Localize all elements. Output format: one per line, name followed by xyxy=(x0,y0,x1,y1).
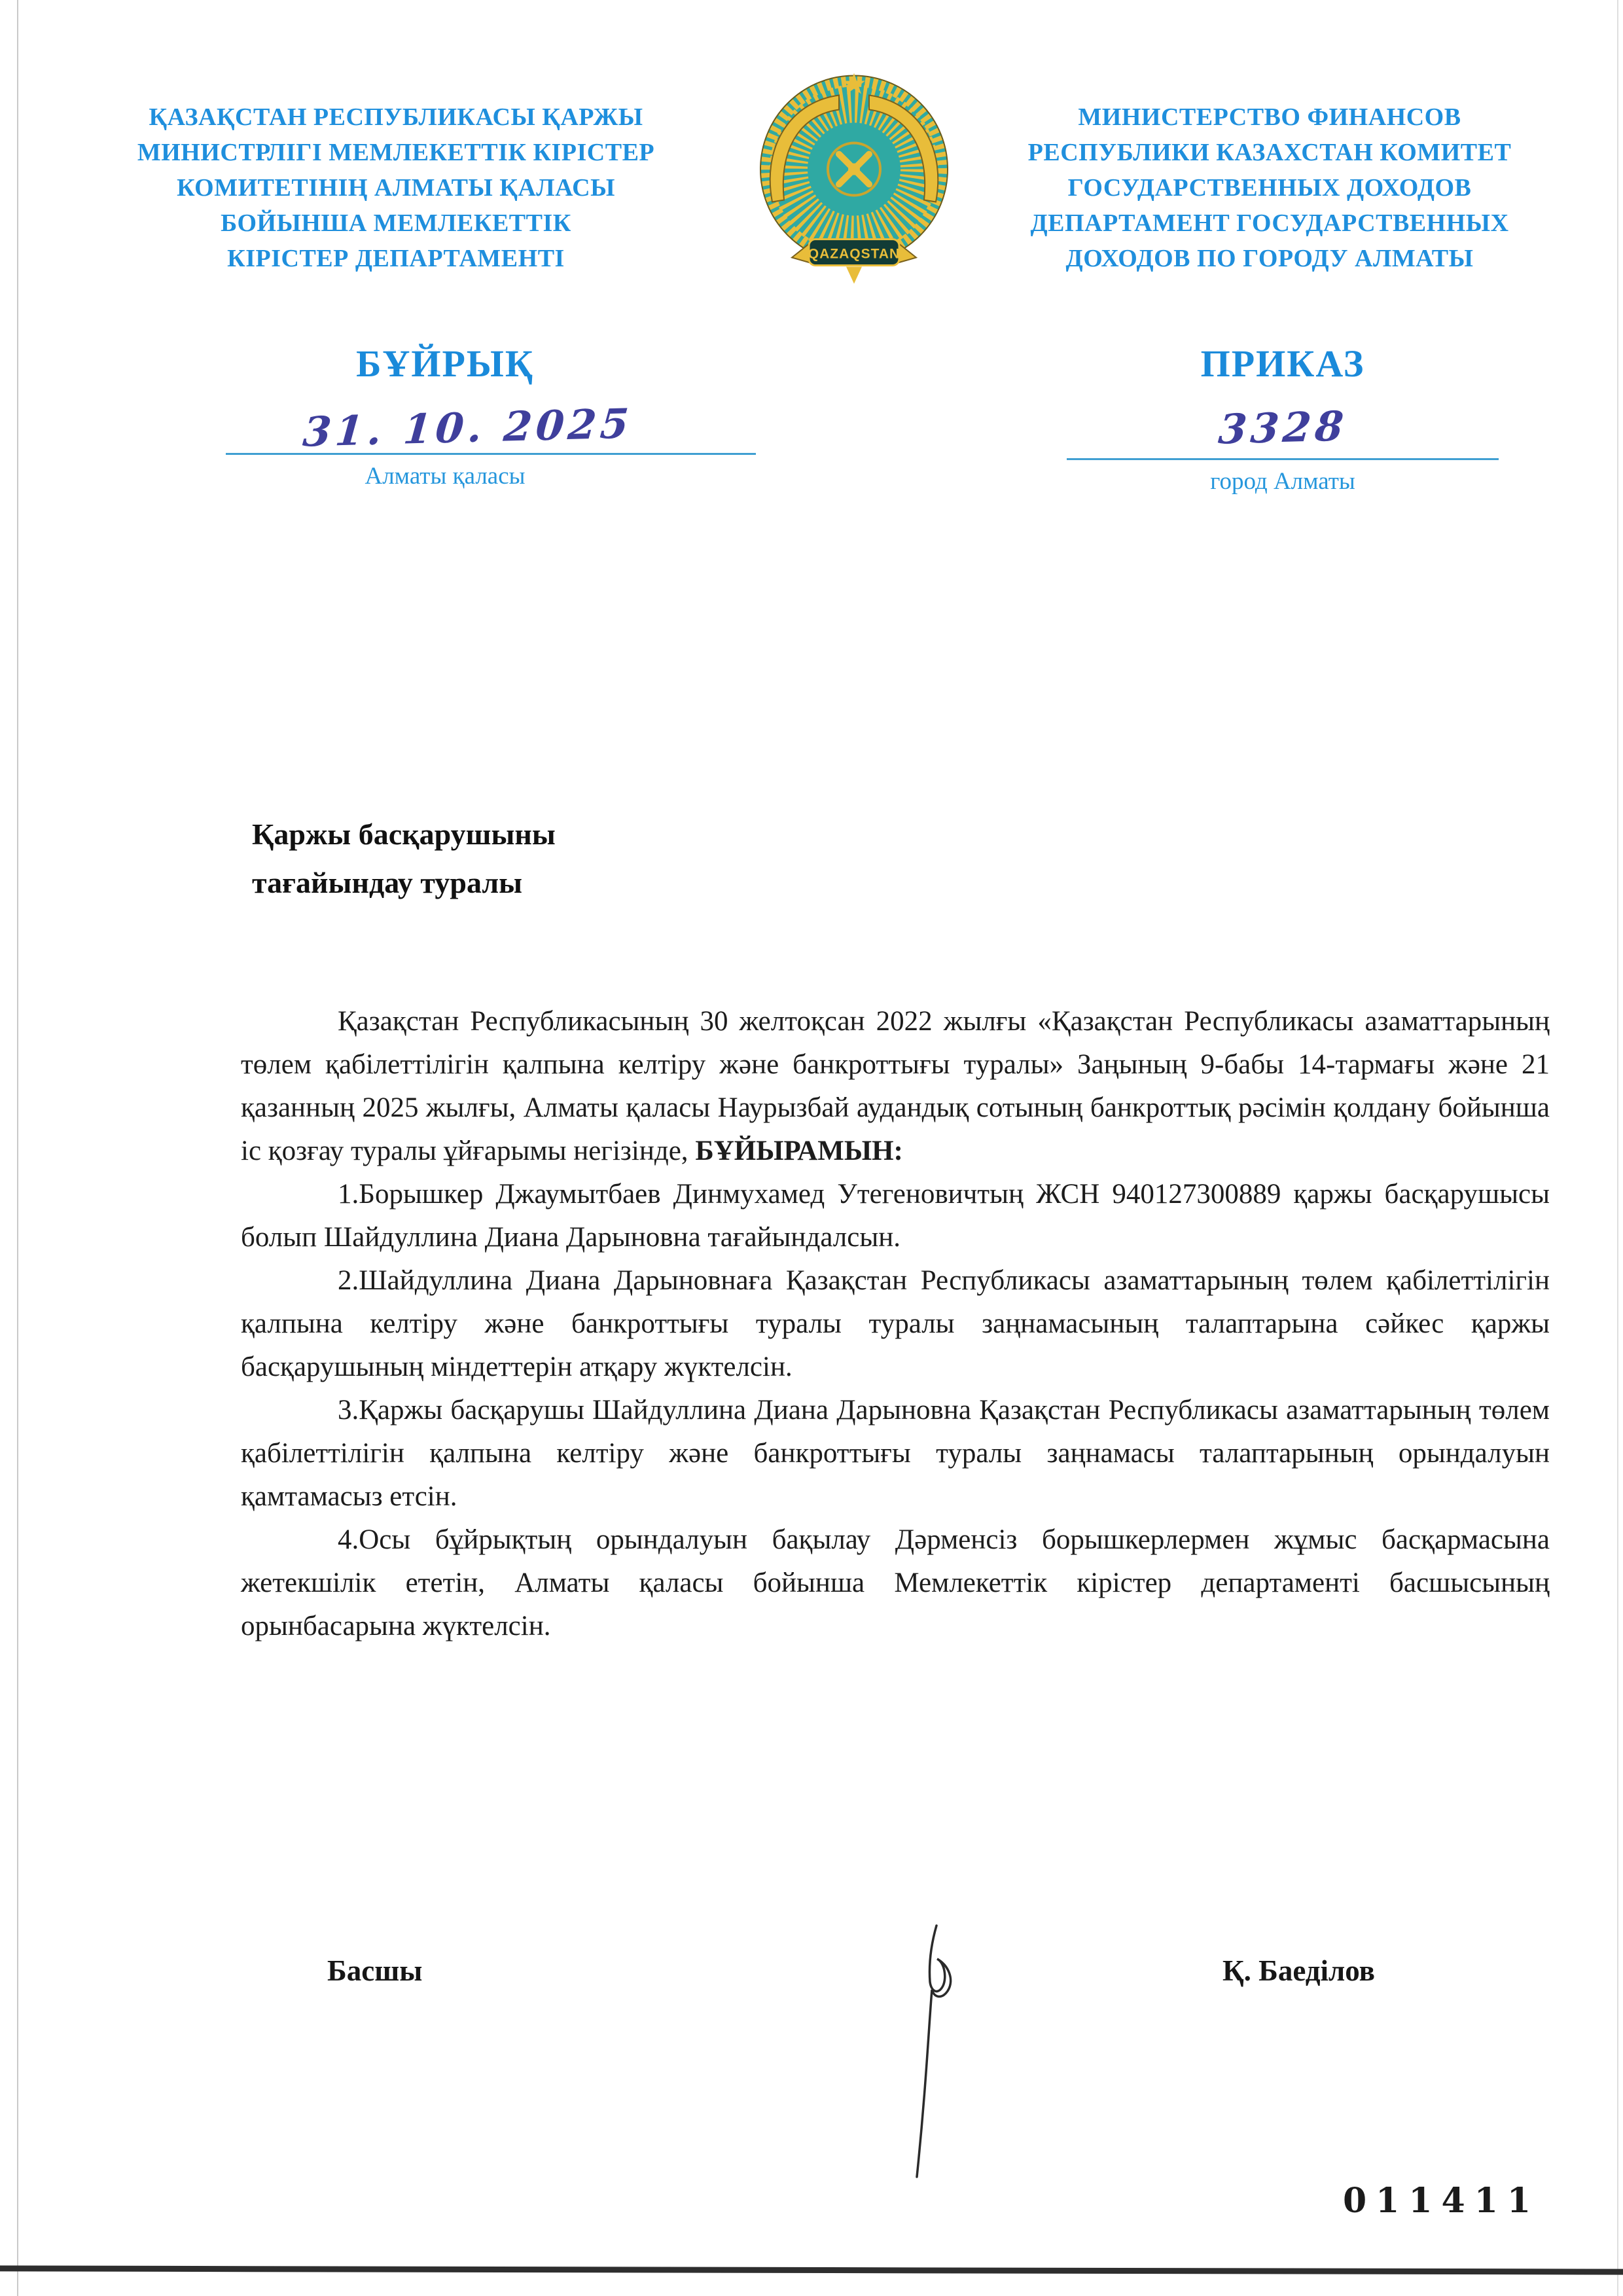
order-title-russian: ПРИКАЗ xyxy=(1054,342,1512,386)
order-title-kazakh: БҰЙРЫҚ xyxy=(216,342,674,386)
order-date-handwritten: 31. 10. 2025 xyxy=(301,399,634,456)
kazakhstan-coat-of-arms: QAZAQSTAN xyxy=(753,60,955,288)
scan-edge-bottom xyxy=(0,2265,1623,2274)
stamp-number: 011411 xyxy=(1343,2181,1540,2221)
date-underline xyxy=(226,453,756,455)
place-label-russian: город Алматы xyxy=(1054,467,1512,495)
number-underline xyxy=(1067,458,1499,460)
scan-edge-right xyxy=(1617,0,1618,2296)
order-number-handwritten: 3328 xyxy=(1217,402,1349,453)
scan-edge-left xyxy=(17,0,18,2296)
order-item-1: 1.Борышкер Джаумытбаев Динмухамед Утеген… xyxy=(241,1173,1550,1259)
signer-position-label: Басшы xyxy=(327,1954,422,1988)
emblem-country-label: QAZAQSTAN xyxy=(808,247,900,262)
order-body: Қазақстан Республикасының 30 желтоқсан 2… xyxy=(241,1000,1550,1648)
order-block-kazakh: БҰЙРЫҚ 31. 10. 2025 xyxy=(216,342,674,452)
org-name-russian: МИНИСТЕРСТВО ФИНАНСОВ РЕСПУБЛИКИ КАЗАХСТ… xyxy=(965,99,1574,276)
handwritten-signature xyxy=(874,1918,985,2179)
document-title: Қаржы басқарушыны тағайындау туралы xyxy=(252,810,1168,907)
scanned-order-page: ҚАЗАҚСТАН РЕСПУБЛИКАСЫ ҚАРЖЫ МИНИСТРЛІГІ… xyxy=(0,0,1623,2296)
signer-name: Қ. Баеділов xyxy=(1222,1954,1375,1988)
intro-resolution-word: БҰЙЫРАМЫН: xyxy=(695,1136,903,1166)
order-item-2: 2.Шайдуллина Диана Дарыновнаға Қазақстан… xyxy=(241,1259,1550,1389)
order-block-russian: ПРИКАЗ 3328 xyxy=(1054,342,1512,452)
place-label-kazakh: Алматы қаласы xyxy=(216,462,674,490)
org-name-kazakh: ҚАЗАҚСТАН РЕСПУБЛИКАСЫ ҚАРЖЫ МИНИСТРЛІГІ… xyxy=(72,99,720,276)
order-item-3: 3.Қаржы басқарушы Шайдуллина Диана Дарын… xyxy=(241,1389,1550,1518)
intro-paragraph: Қазақстан Республикасының 30 желтоқсан 2… xyxy=(241,1000,1550,1173)
order-item-4: 4.Осы бұйрықтың орындалуын бақылау Дәрме… xyxy=(241,1518,1550,1648)
